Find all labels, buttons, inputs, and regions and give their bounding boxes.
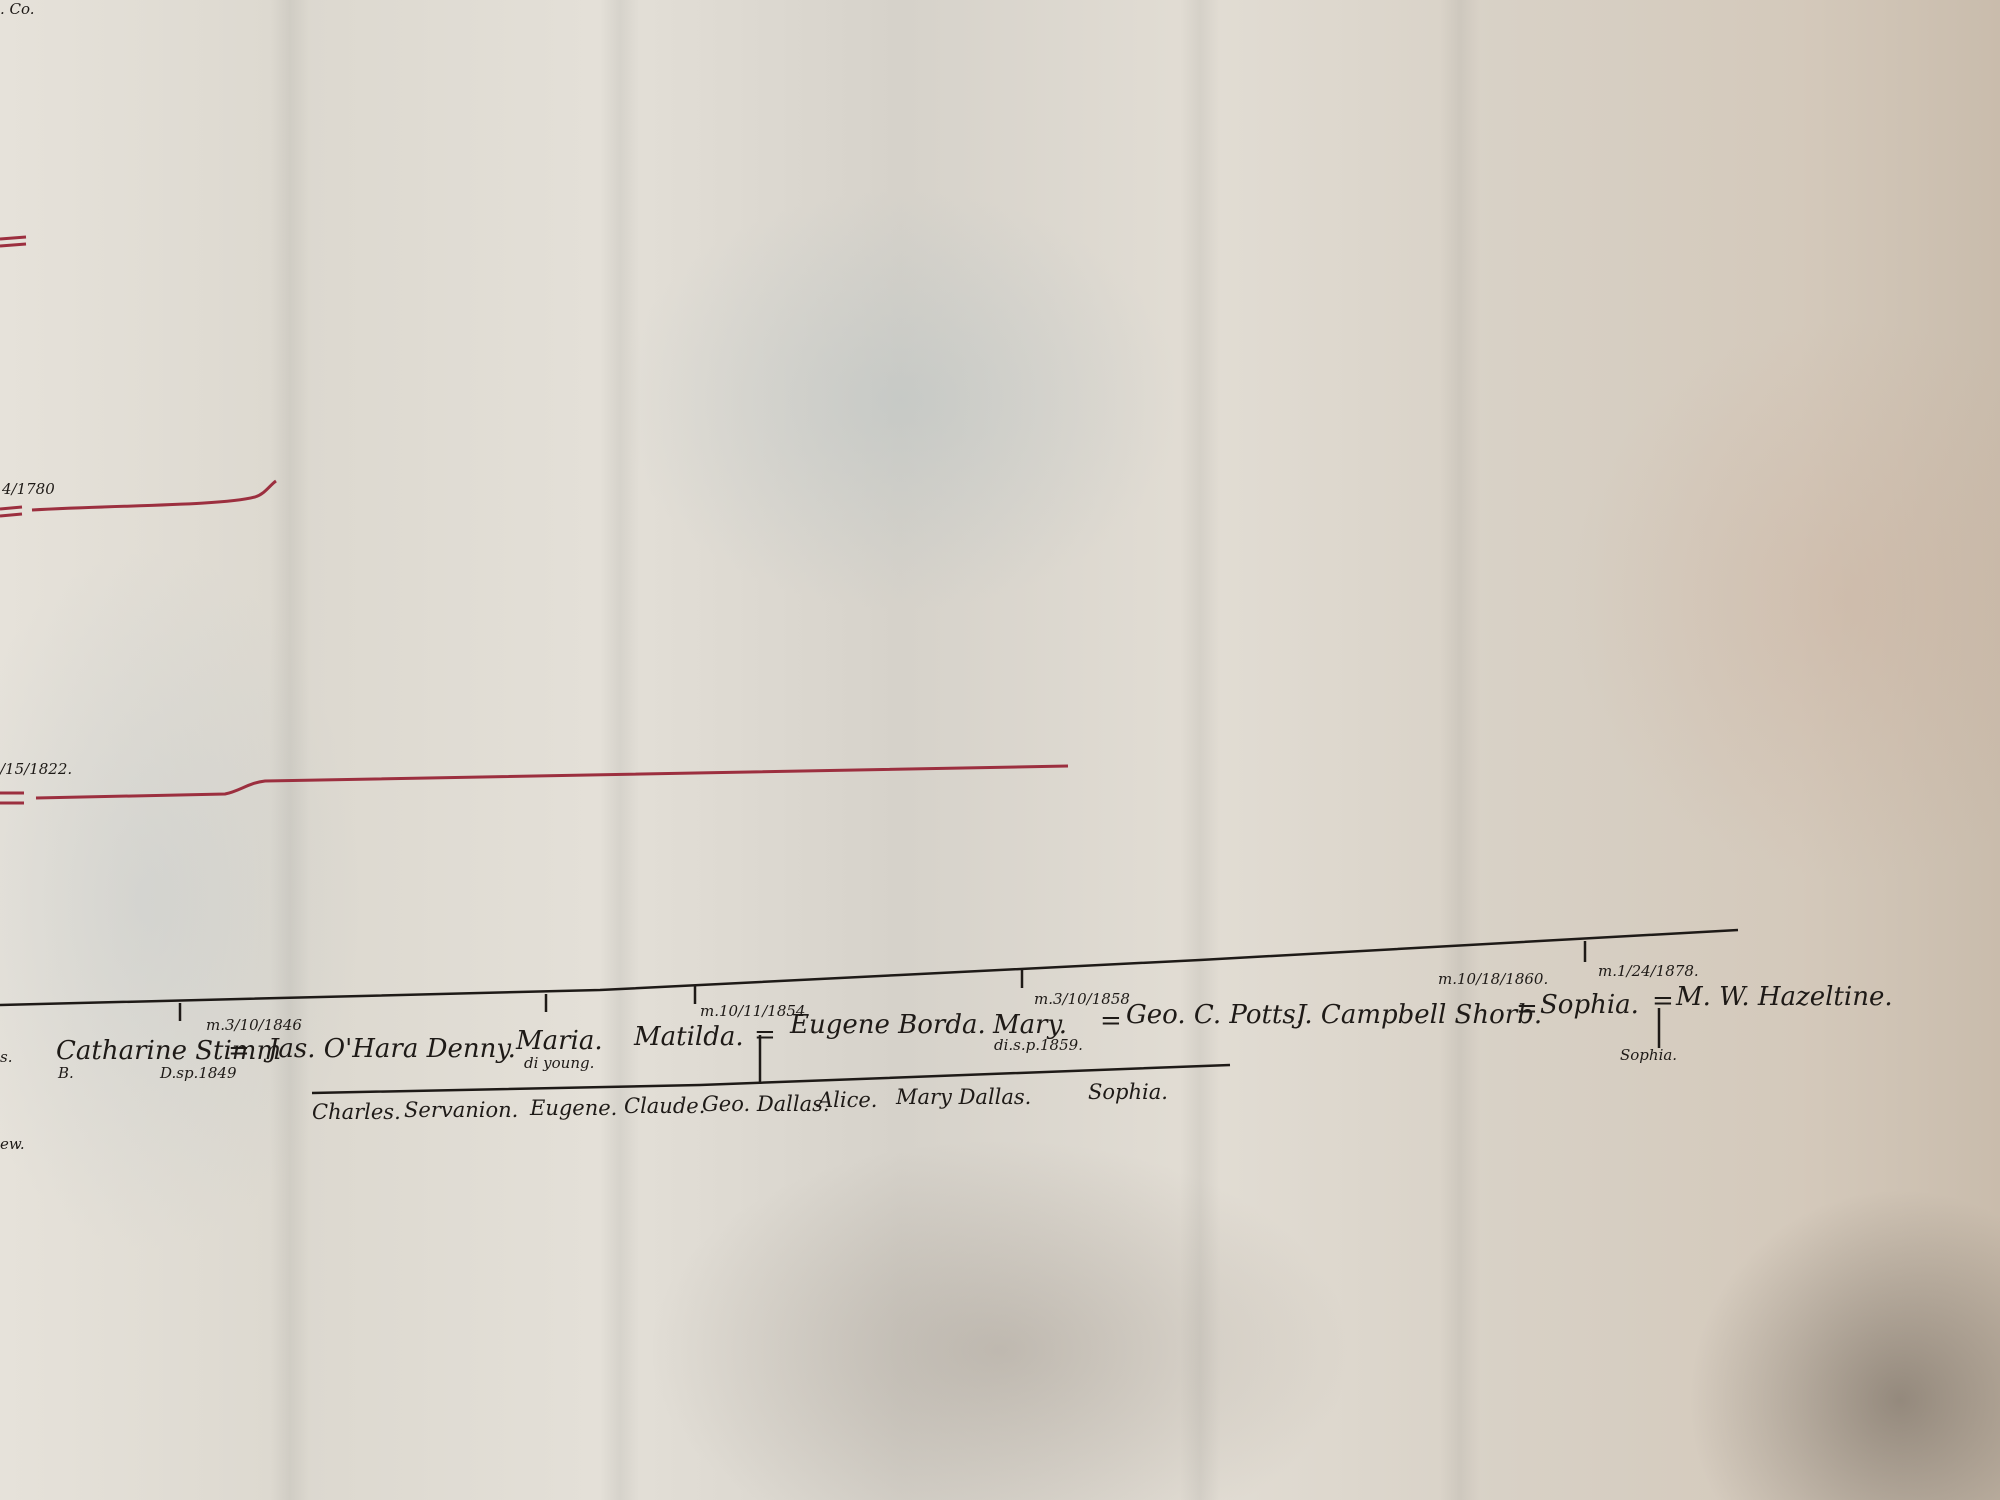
person-name: Matilda. [634, 1022, 744, 1052]
person-note: D.sp.1849 [160, 1064, 237, 1082]
marriage-symbol: = [1100, 1006, 1122, 1036]
person-note: B. [58, 1064, 74, 1082]
person-name: Sophia. [1540, 990, 1639, 1020]
child-name: Charles. [312, 1100, 401, 1124]
child-name: Geo. Dallas. [702, 1092, 830, 1116]
red-lines [0, 237, 1068, 803]
child-name: Claude. [624, 1094, 705, 1118]
marriage-date: m.3/10/1846 [206, 1016, 302, 1034]
fragment-text: . Co. [0, 0, 35, 18]
child-name: Sophia. [1620, 1046, 1677, 1064]
marriage-symbol: = [228, 1036, 250, 1066]
child-name: Servanion. [404, 1098, 518, 1122]
marriage-symbol: = [1652, 986, 1674, 1016]
marriage-date: m.1/24/1878. [1598, 962, 1699, 980]
person-note: di young. [524, 1054, 594, 1072]
child-name: Sophia. [1088, 1080, 1168, 1104]
child-name: Eugene. [530, 1096, 617, 1120]
person-note: di.s.p.1859. [994, 1036, 1083, 1054]
marriage-date: m.10/18/1860. [1438, 970, 1548, 988]
spouse-name: Eugene Borda. [790, 1010, 986, 1040]
child-name: Mary Dallas. [896, 1085, 1031, 1109]
marriage-symbol: = [754, 1020, 776, 1050]
spouse-name: Geo. C. Potts. [1126, 1000, 1304, 1030]
date-text: /15/1822. [0, 760, 72, 778]
child-name: Alice. [818, 1088, 877, 1112]
marriage-symbol: = [1516, 994, 1538, 1024]
date-text: 4/1780 [2, 480, 55, 498]
spouse-name: M. W. Hazeltine. [1676, 982, 1893, 1012]
spouse-name: J. Campbell Shorb. [1296, 1000, 1542, 1030]
fragment-text: ew. [0, 1135, 25, 1153]
tree-lines [0, 0, 2000, 1500]
spouse-name: Jas. O'Hara Denny. [268, 1034, 516, 1064]
fragment-text: s. [0, 1048, 12, 1066]
person-name: Maria. [516, 1026, 603, 1056]
